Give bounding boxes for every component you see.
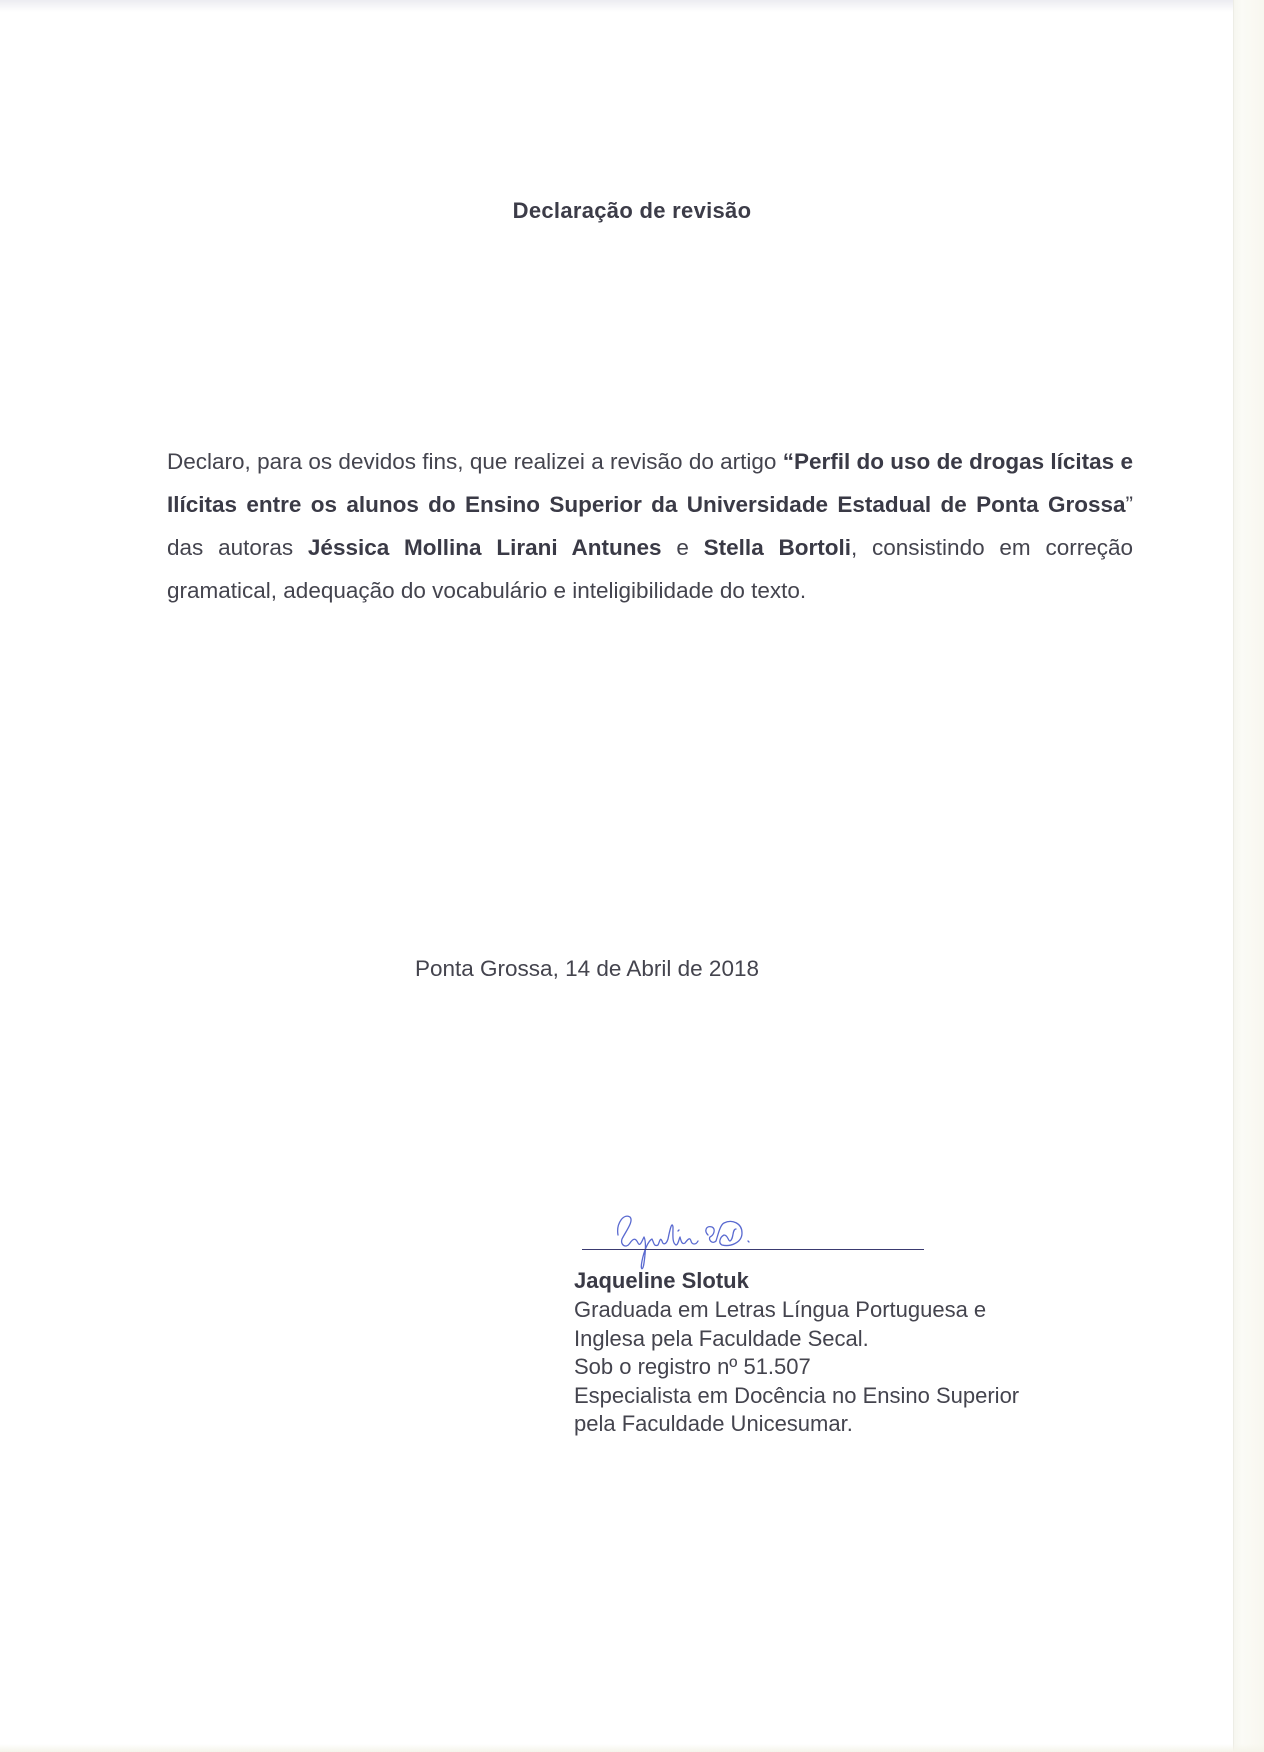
paragraph-text: Declaro, para os devidos fins, que reali… xyxy=(167,449,783,474)
credential-line: Especialista em Docência no Ensino Super… xyxy=(574,1382,1019,1411)
emphasized-text: Jéssica Mollina Lirani Antunes xyxy=(308,535,662,560)
date-line: Ponta Grossa, 14 de Abril de 2018 xyxy=(415,956,759,982)
signature-line xyxy=(582,1249,924,1250)
credential-line: Graduada em Letras Língua Portuguesa e xyxy=(574,1296,1019,1325)
paragraph-text: e xyxy=(662,535,704,560)
document-title: Declaração de revisão xyxy=(0,198,1264,224)
emphasized-text: Stella Bortoli xyxy=(704,535,851,560)
handwritten-signature-icon xyxy=(612,1205,782,1275)
signatory-credentials: Graduada em Letras Língua Portuguesa e I… xyxy=(574,1296,1019,1439)
scan-edge-right xyxy=(1233,0,1264,1752)
credential-line: pela Faculdade Unicesumar. xyxy=(574,1410,1019,1439)
declaration-paragraph: Declaro, para os devidos fins, que reali… xyxy=(167,440,1133,612)
scan-edge-top xyxy=(0,0,1264,12)
signatory-name: Jaqueline Slotuk xyxy=(574,1268,749,1294)
scan-edge-bottom xyxy=(0,1744,1264,1752)
credential-line: Sob o registro nº 51.507 xyxy=(574,1353,1019,1382)
credential-line: Inglesa pela Faculdade Secal. xyxy=(574,1325,1019,1354)
